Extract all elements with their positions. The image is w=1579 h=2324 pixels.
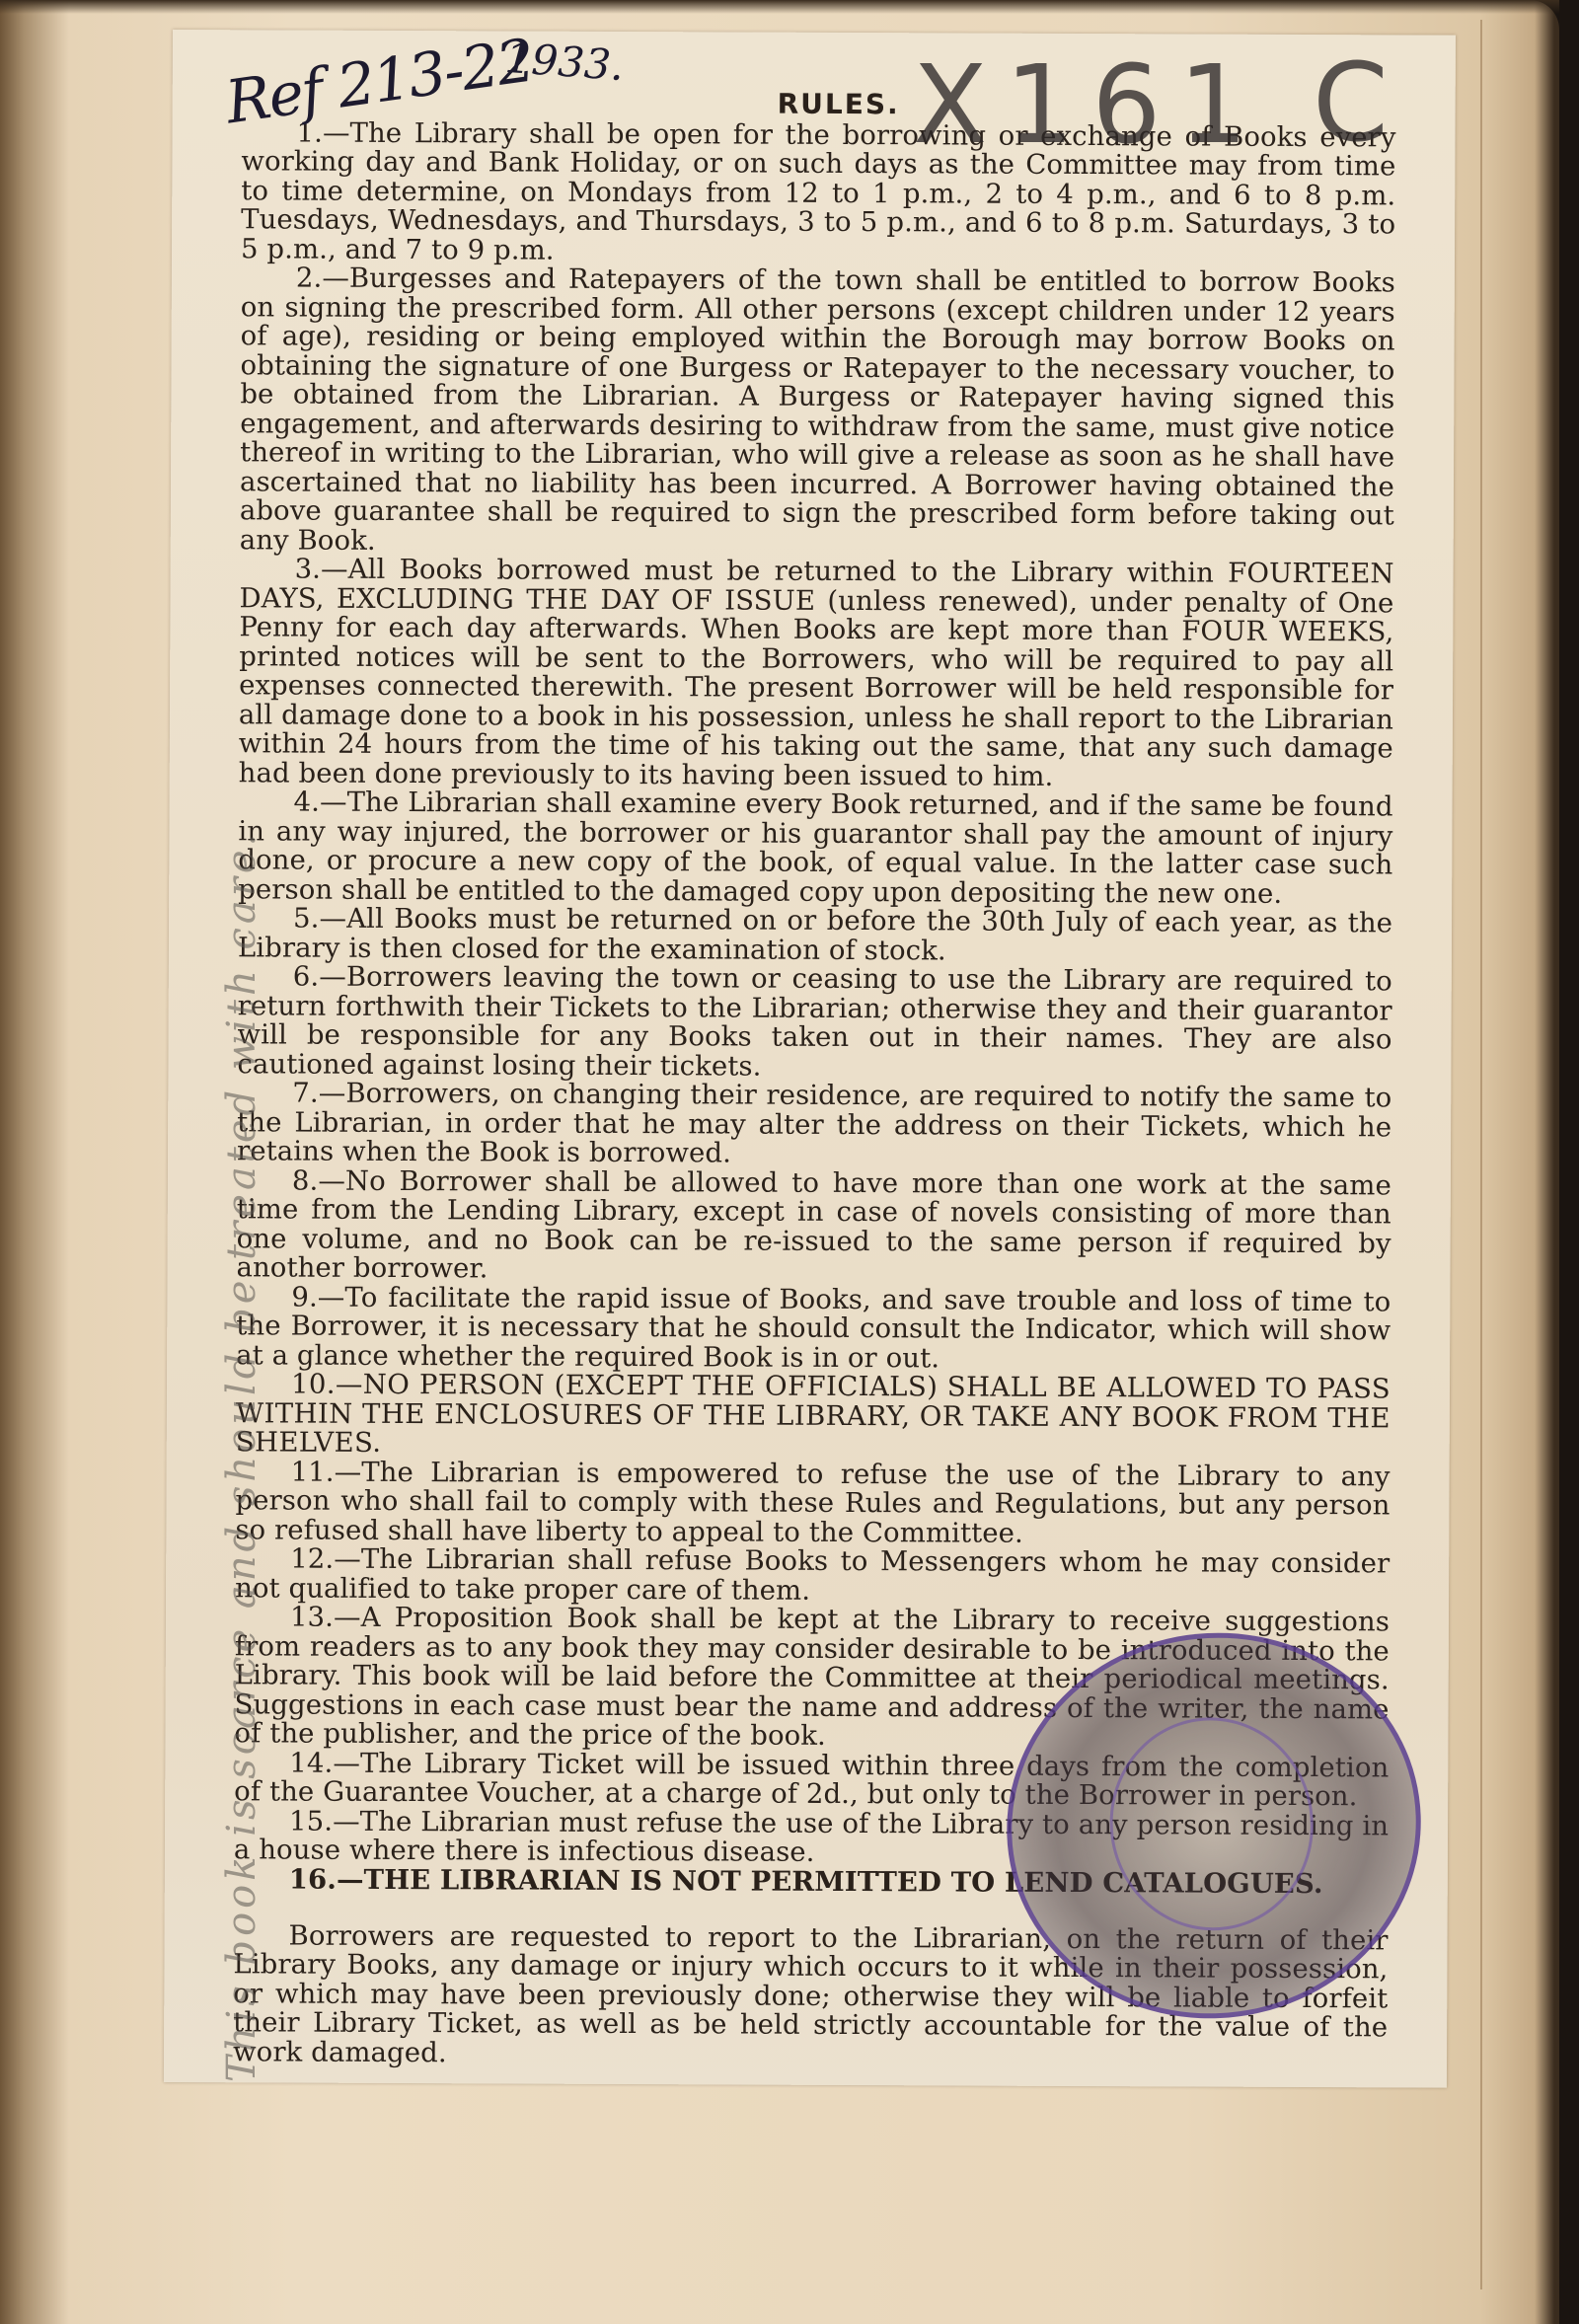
rule-text: —All Books borrowed must be returned to … [239, 554, 1394, 792]
rule-12: 12.—The Librarian shall refuse Books to … [235, 1544, 1390, 1608]
rule-text: —Borrowers leaving the town or ceasing t… [237, 961, 1392, 1082]
rule-number: 2. [296, 262, 323, 294]
closing-note: Borrowers are requested to report to the… [233, 1921, 1389, 2072]
rule-text: —Burgesses and Ratepayers of the town sh… [240, 262, 1395, 557]
rule-number: 15. [289, 1805, 333, 1837]
rule-text: —The Librarian shall examine every Book … [238, 787, 1393, 910]
rule-text: —The Librarian must refuse the use of th… [234, 1805, 1389, 1868]
rule-text: —NO PERSON (EXCEPT THE OFFICIALS) SHALL … [236, 1369, 1391, 1459]
page-edge-line [1480, 20, 1482, 2289]
rule-10: 10.—NO PERSON (EXCEPT THE OFFICIALS) SHA… [236, 1370, 1391, 1462]
rules-label-sheet: RULES. 1.—The Library shall be open for … [164, 30, 1456, 2088]
rule-5: 5.—All Books must be returned on or befo… [238, 904, 1392, 967]
rule-number: 8. [292, 1164, 319, 1196]
rule-text: —The Librarian shall refuse Books to Mes… [235, 1543, 1390, 1607]
rule-number: 6. [293, 961, 320, 993]
rule-number: 4. [294, 787, 321, 818]
rule-text: —To facilitate the rapid issue of Books,… [236, 1281, 1391, 1374]
rule-number: 14. [289, 1747, 333, 1778]
rule-number: 12. [290, 1543, 334, 1575]
rule-8: 8.—No Borrower shall be allowed to have … [236, 1166, 1391, 1288]
rule-3: 3.—All Books borrowed must be returned t… [239, 555, 1394, 792]
rule-text: —All Books must be returned on or before… [238, 903, 1392, 966]
page-top-shadow [0, 0, 1559, 14]
rule-text: —Borrowers, on changing their residence,… [237, 1078, 1391, 1169]
rule-number: 10. [291, 1369, 336, 1400]
margin-pencil-note: This book is scarce and should be treate… [219, 405, 264, 2082]
rule-15: 15.—The Librarian must refuse the use of… [234, 1807, 1389, 1870]
rule-6: 6.—Borrowers leaving the town or ceasing… [237, 962, 1392, 1084]
rule-text: —The Librarian is empowered to refuse th… [235, 1456, 1390, 1548]
rule-number: 3. [295, 554, 322, 585]
handwritten-class-letter: C [1313, 39, 1389, 166]
rule-number: 9. [291, 1281, 318, 1312]
rule-text: —The Library Ticket will be issued withi… [234, 1747, 1389, 1812]
rule-number: 11. [291, 1456, 335, 1487]
rule-number: 13. [290, 1602, 334, 1633]
rule-text: —No Borrower shall be allowed to have mo… [236, 1164, 1391, 1284]
rule-13: 13.—A Proposition Book shall be kept at … [234, 1603, 1390, 1754]
rules-text-block: RULES. 1.—The Library shall be open for … [233, 87, 1396, 2099]
rule-2: 2.—Burgesses and Ratepayers of the town … [240, 263, 1395, 560]
rule-14: 14.—The Library Ticket will be issued wi… [234, 1749, 1389, 1812]
rule-number: 7. [292, 1078, 319, 1109]
rule-text: —A Proposition Book shall be kept at the… [234, 1602, 1390, 1752]
rule-9: 9.—To facilitate the rapid issue of Book… [236, 1283, 1391, 1376]
rule-text: —THE LIBRARIAN IS NOT PERMITTED TO LEND … [337, 1863, 1323, 1899]
rule-16: 16.—THE LIBRARIAN IS NOT PERMITTED TO LE… [234, 1865, 1389, 1900]
rule-number: 16. [289, 1863, 337, 1895]
handwritten-year: 1933. [503, 34, 625, 90]
handwritten-shelf-mark: X161 [913, 41, 1265, 168]
rule-7: 7.—Borrowers, on changing their residenc… [237, 1079, 1391, 1171]
rule-11: 11.—The Librarian is empowered to refuse… [235, 1458, 1390, 1550]
rule-4: 4.—The Librarian shall examine every Boo… [238, 787, 1393, 909]
rule-number: 5. [293, 903, 320, 935]
